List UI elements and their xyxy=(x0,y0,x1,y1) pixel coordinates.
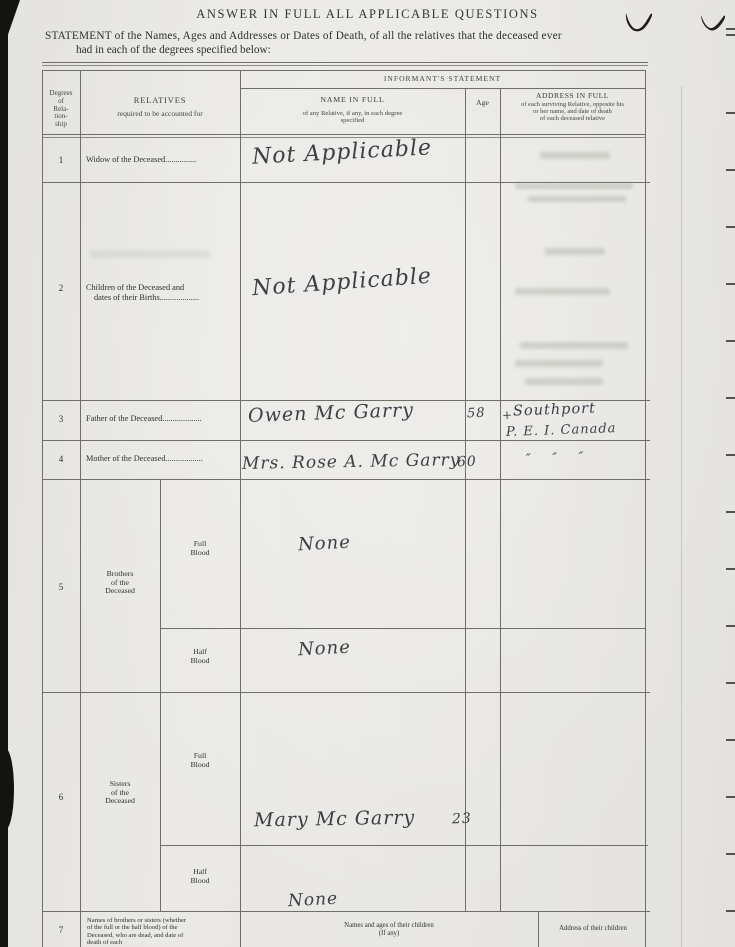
bleed-through-artifact xyxy=(540,152,610,159)
row5-label: Brothers of the Deceased xyxy=(80,570,160,596)
statement-line-1: STATEMENT of the Names, Ages and Address… xyxy=(45,30,562,43)
row7-label: Names of brothers or sisters (whether of… xyxy=(87,917,239,947)
row3-entry-handwriting: Owen Mc Garry xyxy=(248,399,415,427)
statement-line-2: had in each of the degrees specified bel… xyxy=(76,44,271,57)
grid-line xyxy=(645,70,646,947)
header-degrees: Degrees of Rela- tion- ship xyxy=(42,90,80,129)
row3-address-mark-handwriting: + xyxy=(502,408,514,422)
row7-children-address-header: Address of their children xyxy=(538,925,648,933)
bleed-through-artifact xyxy=(515,288,610,295)
row7-number: 7 xyxy=(42,925,80,935)
grid-line xyxy=(42,134,645,135)
row6-full-entry-handwriting: Mary Mc Garry xyxy=(254,807,416,832)
row2-number: 2 xyxy=(42,283,80,293)
adjacent-page-rule-mark xyxy=(726,28,735,30)
grid-line xyxy=(465,88,466,911)
row1-entry-handwriting: Not Applicable xyxy=(251,135,432,169)
bleed-through-artifact xyxy=(528,196,626,202)
row5-full-blood-label: Full Blood xyxy=(160,540,240,557)
row3-address-line2-handwriting: P. E. I. Canada xyxy=(506,421,617,440)
scan-corner-shadow xyxy=(0,0,20,46)
row4-age-handwriting: 60 xyxy=(457,454,477,471)
ink-mark xyxy=(700,13,726,33)
row3-age-handwriting: 58 xyxy=(467,406,486,422)
row5-number: 5 xyxy=(42,582,80,592)
adjacent-page-rule-marks xyxy=(726,112,735,942)
header-age: Age xyxy=(465,99,500,108)
row4-entry-handwriting: Mrs. Rose A. Mc Garry xyxy=(242,450,461,474)
grid-line xyxy=(240,88,645,89)
row1-label: Widow of the Deceased............... xyxy=(86,155,196,164)
grid-line xyxy=(42,479,650,480)
grid-line xyxy=(42,65,648,66)
grid-line xyxy=(500,88,501,911)
bleed-through-artifact xyxy=(90,250,210,258)
grid-line xyxy=(42,137,645,138)
scan-edge-blob xyxy=(0,748,14,830)
bleed-through-artifact xyxy=(520,342,628,349)
grid-line xyxy=(42,62,648,63)
row3-address-line1-handwriting: Southport xyxy=(513,401,596,420)
row6-half-entry-handwriting: None xyxy=(288,889,339,912)
ink-mark xyxy=(624,10,654,34)
row6-label: Sisters of the Deceased xyxy=(80,780,160,806)
grid-line xyxy=(240,70,241,947)
row4-address-ditto-handwriting: ″ ″ ″ xyxy=(526,450,585,467)
row7-children-header: Names and ages of their children (If any… xyxy=(240,922,538,937)
row6-full-blood-label: Full Blood xyxy=(160,752,240,769)
row6-number: 6 xyxy=(42,792,80,802)
row5-half-blood-label: Half Blood xyxy=(160,648,240,665)
row4-label: Mother of the Deceased.................. xyxy=(86,454,203,463)
row1-number: 1 xyxy=(42,155,80,165)
header-informants-statement: INFORMANT'S STATEMENT xyxy=(240,75,645,84)
grid-line xyxy=(42,70,43,947)
header-name-sub2: specified xyxy=(240,117,465,124)
row5-half-entry-handwriting: None xyxy=(297,637,351,661)
grid-line xyxy=(160,628,645,629)
grid-line xyxy=(80,70,81,947)
row4-number: 4 xyxy=(42,454,80,464)
row6-full-age-handwriting: 23 xyxy=(452,811,472,828)
row3-label: Father of the Deceased..................… xyxy=(86,414,202,423)
row5-full-entry-handwriting: None xyxy=(297,532,351,556)
adjacent-page-rule-mark xyxy=(726,34,735,36)
header-name-title: NAME IN FULL xyxy=(240,96,465,105)
bleed-through-artifact xyxy=(515,183,633,189)
grid-line xyxy=(42,70,645,71)
header-relatives-title: RELATIVES xyxy=(80,96,240,106)
bleed-through-artifact xyxy=(515,360,603,367)
grid-line xyxy=(42,692,650,693)
row6-half-blood-label: Half Blood xyxy=(160,868,240,885)
row3-number: 3 xyxy=(42,414,80,424)
bleed-through-artifact xyxy=(525,378,603,385)
grid-line xyxy=(160,845,648,846)
header-address: ADDRESS IN FULL of each surviving Relati… xyxy=(500,92,645,122)
bleed-through-artifact xyxy=(545,248,605,255)
row2-label-line1: Children of the Deceased and xyxy=(86,283,184,292)
row2-entry-handwriting: Not Applicable xyxy=(251,264,432,301)
row2-label-line2: dates of their Births................... xyxy=(94,293,199,302)
header-relatives-sub: required to be accounted for xyxy=(80,110,240,119)
grid-line xyxy=(42,911,650,912)
page-fold-line xyxy=(681,86,682,947)
grid-line xyxy=(42,440,650,441)
scanned-form-page: ANSWER IN FULL ALL APPLICABLE QUESTIONS … xyxy=(0,0,735,947)
